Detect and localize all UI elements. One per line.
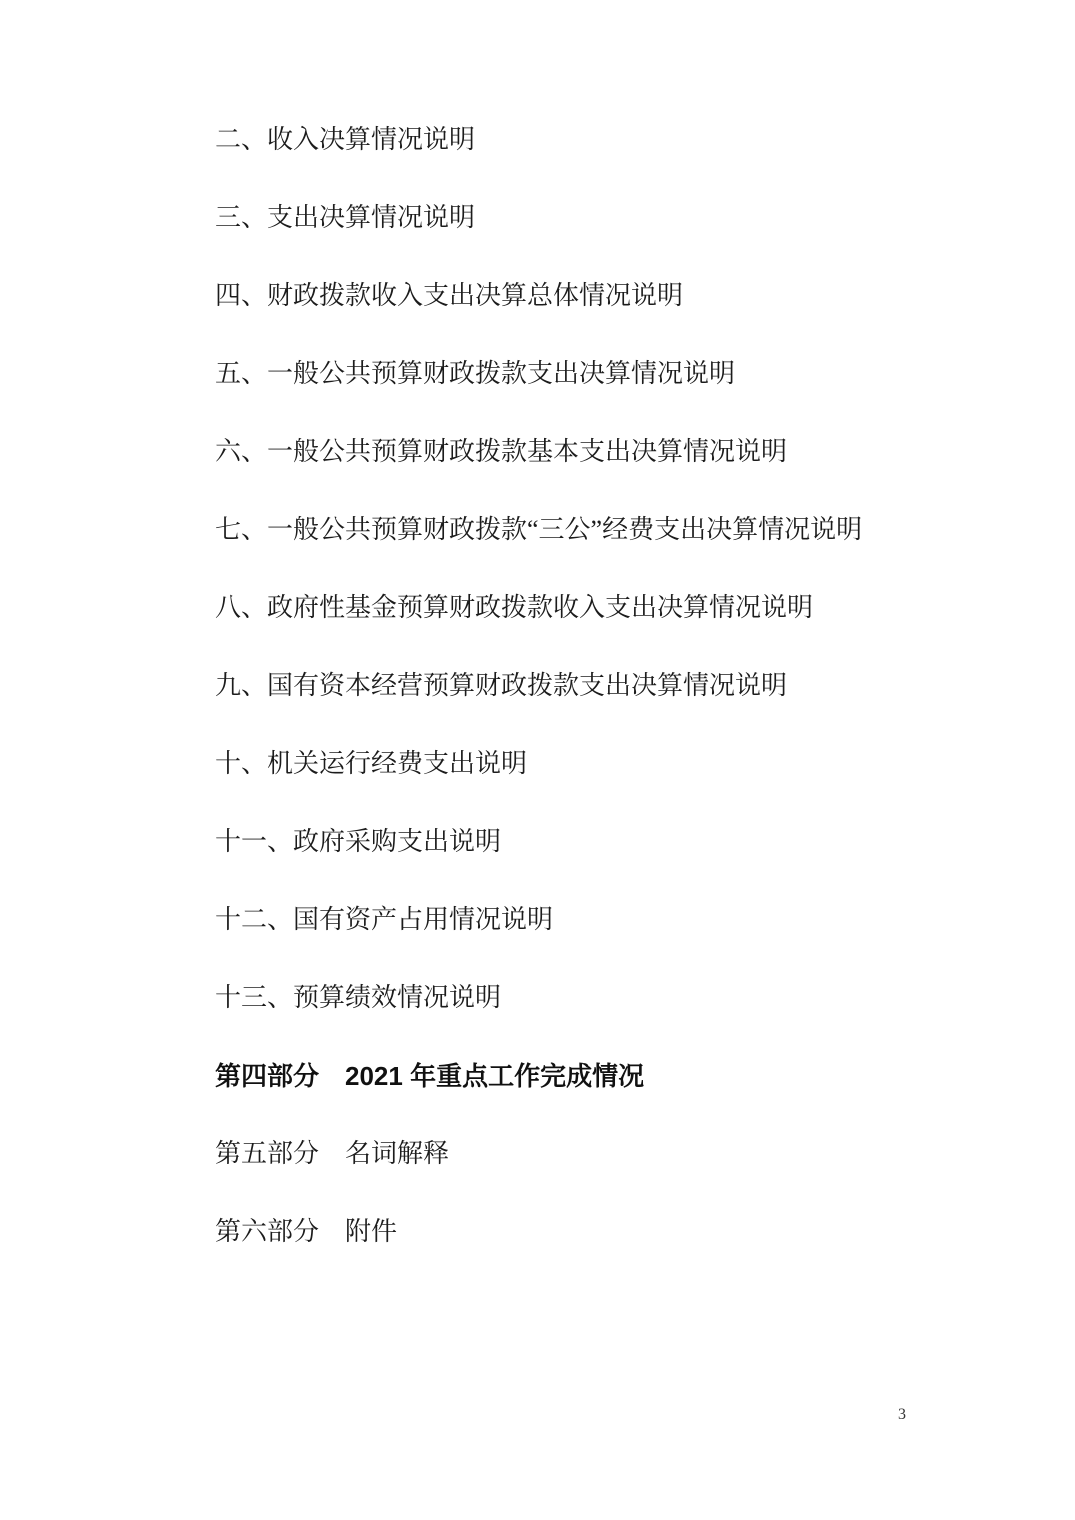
toc-item: 九、国有资本经营预算财政拨款支出决算情况说明 [215,673,1035,699]
section-label: 第六部分 [215,1217,319,1246]
document-page: 二、收入决算情况说明 三、支出决算情况说明 四、财政拨款收入支出决算总体情况说明… [0,0,1075,1520]
toc-item: 四、财政拨款收入支出决算总体情况说明 [215,283,1035,309]
toc-item: 十三、预算绩效情况说明 [215,985,1035,1011]
section-title: 2021 年重点工作完成情况 [345,1061,644,1091]
section-heading-part6: 第六部分附件 [215,1219,1035,1245]
table-of-contents: 二、收入决算情况说明 三、支出决算情况说明 四、财政拨款收入支出决算总体情况说明… [0,0,1075,1245]
toc-item: 七、一般公共预算财政拨款“三公”经费支出决算情况说明 [215,517,1035,543]
section-label: 第五部分 [215,1139,319,1168]
toc-item: 十二、国有资产占用情况说明 [215,907,1035,933]
toc-item: 十一、政府采购支出说明 [215,829,1035,855]
page-number: 3 [898,1406,906,1424]
section-heading-part4: 第四部分2021 年重点工作完成情况 [215,1063,1035,1089]
toc-item: 十、机关运行经费支出说明 [215,751,1035,777]
toc-item: 八、政府性基金预算财政拨款收入支出决算情况说明 [215,595,1035,621]
section-label: 第四部分 [215,1061,319,1091]
section-heading-part5: 第五部分名词解释 [215,1141,1035,1167]
section-title: 名词解释 [345,1139,449,1168]
section-title: 附件 [345,1217,397,1246]
toc-item: 五、一般公共预算财政拨款支出决算情况说明 [215,361,1035,387]
toc-item: 二、收入决算情况说明 [215,127,1035,153]
toc-item: 三、支出决算情况说明 [215,205,1035,231]
toc-item: 六、一般公共预算财政拨款基本支出决算情况说明 [215,439,1035,465]
